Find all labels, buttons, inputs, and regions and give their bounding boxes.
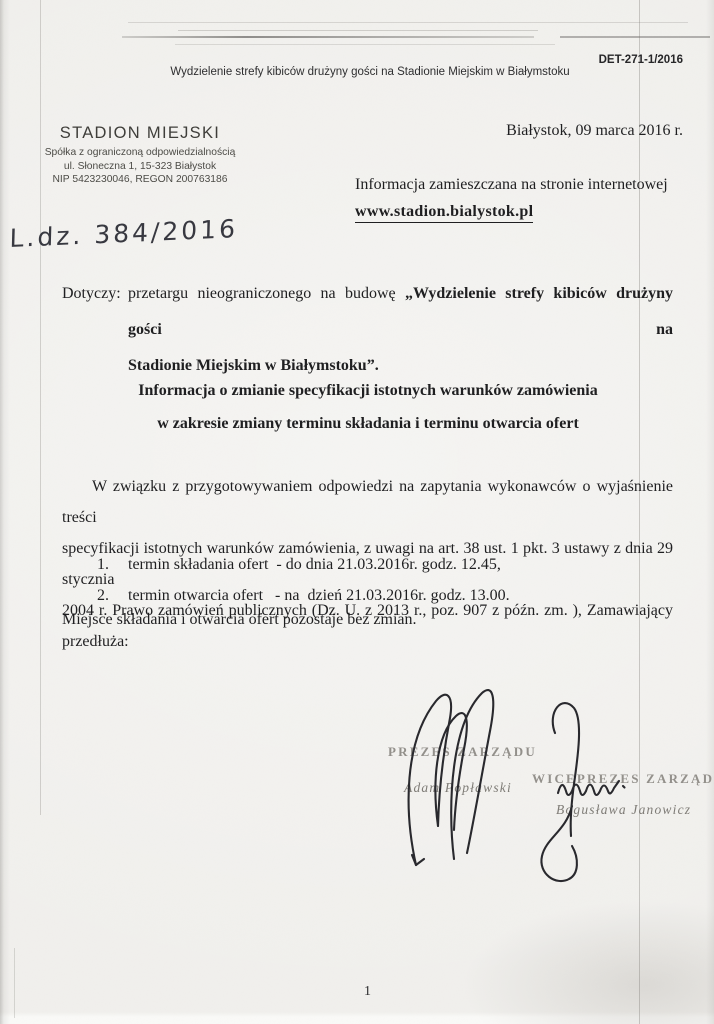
publication-note: Informacja zamieszczana na stronie inter… — [355, 176, 668, 194]
scan-streak — [122, 36, 534, 38]
list-item: 1.termin składania ofert - do dnia 21.03… — [62, 549, 673, 580]
handwritten-signature-vice-president — [534, 686, 649, 891]
header-subject-line: Wydzielenie strefy kibiców drużyny gości… — [0, 66, 714, 78]
subject-label: Dotyczy: — [62, 276, 121, 312]
document-reference-number: DET-271-1/2016 — [599, 54, 683, 66]
subject-bold-text-2: Stadionie Miejskim w Białymstoku”. — [128, 357, 379, 374]
company-address: ul. Słoneczna 1, 15-323 Białystok — [33, 160, 247, 174]
company-legal-form: Spółka z ograniczoną odpowiedzialnością — [33, 146, 247, 160]
company-letterhead: STADION MIEJSKI Spółka z ograniczoną odp… — [33, 124, 247, 187]
paper-fold-line — [14, 948, 15, 1018]
subject-block: Dotyczy: przetargu nieograniczonego na b… — [62, 276, 673, 384]
list-item-number: 1. — [97, 549, 128, 580]
scanned-document-page: DET-271-1/2016 Wydzielenie strefy kibicó… — [0, 0, 714, 1024]
website-url: www.stadion.bialystok.pl — [355, 203, 533, 223]
list-item: 2.termin otwarcia ofert - na dzień 21.03… — [62, 580, 673, 611]
scan-streak — [128, 22, 688, 23]
deadline-list: 1.termin składania ofert - do dnia 21.03… — [62, 549, 673, 611]
handwritten-filing-number: L.dz. 384/2016 — [9, 214, 238, 253]
signature-name-president: Adam Popławski — [404, 780, 512, 796]
list-item-number: 2. — [97, 580, 128, 611]
subject-line-1: przetargu nieograniczonego na budowę „Wy… — [128, 276, 673, 348]
list-item-text: termin składania ofert - do dnia 21.03.2… — [128, 556, 501, 573]
closing-statement: Miejsce składania i otwarcia ofert pozos… — [62, 611, 417, 629]
scan-streak — [560, 36, 710, 38]
signature-name-vice-president: Bogusława Janowicz — [556, 802, 691, 818]
document-title: Informacja o zmianie specyfikacji istotn… — [62, 374, 674, 440]
signature-title-president: PREZES ZARZĄDU — [388, 744, 537, 760]
company-registration: NIP 5423230046, REGON 200763186 — [33, 173, 247, 187]
paper-fold-line — [40, 0, 41, 815]
scan-streak — [178, 30, 538, 31]
scan-streak — [175, 44, 555, 45]
place-and-date: Białystok, 09 marca 2016 r. — [506, 122, 683, 140]
page-number: 1 — [364, 984, 371, 1000]
subject-text: przetargu nieograniczonego na budowę „Wy… — [128, 276, 673, 384]
handwritten-signature-president — [398, 683, 508, 873]
company-name: STADION MIEJSKI — [33, 124, 247, 143]
body-line-1: W związku z przygotowywaniem odpowiedzi … — [62, 471, 673, 533]
subject-normal-text: przetargu nieograniczonego na budowę — [128, 285, 405, 302]
document-title-line-2: w zakresie zmiany terminu składania i te… — [62, 407, 674, 440]
signature-title-vice-president: WICEPREZES ZARZĄDU — [532, 771, 714, 787]
list-item-text: termin otwarcia ofert - na dzień 21.03.2… — [128, 587, 510, 604]
document-title-line-1: Informacja o zmianie specyfikacji istotn… — [62, 374, 674, 407]
